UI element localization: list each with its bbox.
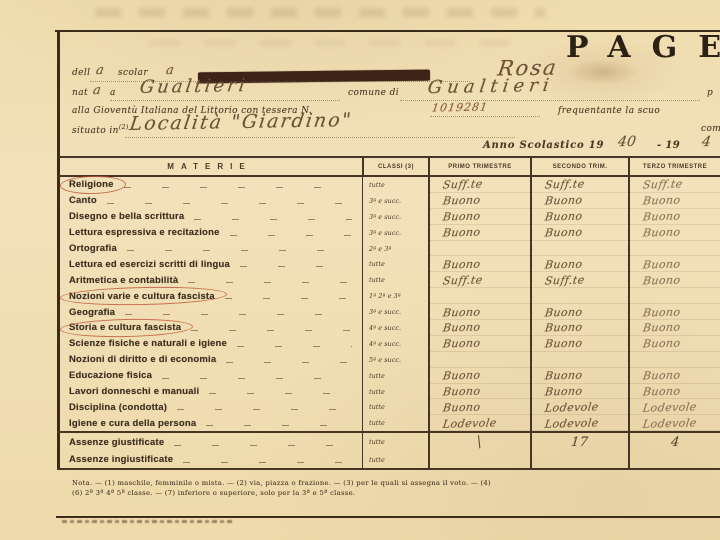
subject-cell: Ortografia <box>57 241 362 257</box>
grade-second-trimester: Buono <box>530 320 628 336</box>
handwritten-grade: Buono <box>544 384 583 398</box>
subject-cell: Educazione fisica <box>57 368 362 384</box>
footnote-line-1: Nota. — (1) maschile, femminile o mista.… <box>72 479 720 487</box>
handwritten-grade: Buono <box>642 369 681 383</box>
dotted-leader <box>191 330 352 331</box>
absence-row: Assenze ingiustificatetutte <box>57 451 720 469</box>
column-header-secondo-trimestre: SECONDO TRIM. <box>530 158 628 175</box>
handwritten-grade: Buono <box>442 321 481 335</box>
grade-third-trimester: Buono <box>628 193 720 209</box>
handwritten-grade: Buono <box>642 321 681 335</box>
handwritten-grade: Buono <box>642 194 681 208</box>
grade-third-trimester: Buono <box>628 225 720 241</box>
ink-bleed-smudge <box>150 40 530 46</box>
ink-bleed-smudge <box>95 8 545 17</box>
handwritten-year-2: 4 <box>701 134 712 150</box>
classes-cell: tutte <box>362 368 428 384</box>
handwritten-grade: Buono <box>442 400 481 414</box>
subject-cell: Nozioni varie e cultura fascista <box>57 288 362 304</box>
subject-label: Lavori donneschi e manuali <box>69 386 199 397</box>
table-row: Lavori donneschi e manualitutteBuonoBuon… <box>57 384 720 400</box>
classes-cell: tutte <box>362 384 428 400</box>
label-nat: nat <box>72 88 88 98</box>
table-header-row: MATERIE CLASSI (3) PRIMO TRIMESTRE SECON… <box>57 156 720 177</box>
page-title: PAGELL <box>566 30 720 68</box>
grade-third-trimester: Buono <box>628 368 720 384</box>
handwritten-grade: Buono <box>544 226 583 240</box>
handwritten-year: 40 <box>617 134 637 150</box>
absences-first-trimester: / <box>428 433 530 451</box>
grade-second-trimester: Lodevole <box>530 399 628 415</box>
absences-second-trimester <box>530 451 628 469</box>
grade-third-trimester: Lodevole <box>628 399 720 415</box>
fill-line <box>125 136 515 138</box>
table-row: Canto3ª e succ.BuonoBuonoBuono <box>57 193 720 209</box>
grades-table: MATERIE CLASSI (3) PRIMO TRIMESTRE SECON… <box>57 156 720 470</box>
handwritten-grade: Buono <box>544 337 583 351</box>
absences-third-trimester <box>628 451 720 469</box>
grade-second-trimester: Buono <box>530 193 628 209</box>
grade-third-trimester: Buono <box>628 272 720 288</box>
handwritten-birthplace: Gualtieri <box>138 75 249 98</box>
grade-second-trimester: Buono <box>530 304 628 320</box>
classes-cell: 1ª 2ª e 3ª <box>362 288 428 304</box>
grade-second-trimester: Suff.te <box>530 272 628 288</box>
fill-line <box>430 115 540 117</box>
table-row: Storia e cultura fascista4ª e succ.Buono… <box>57 320 720 336</box>
handwritten-grade: Suff.te <box>544 273 585 287</box>
handwritten-gender-suffix: a <box>92 83 102 98</box>
handwritten-grade: Buono <box>544 194 583 208</box>
subject-cell: Lavori donneschi e manuali <box>57 384 362 400</box>
subject-label: Disciplina (condotta) <box>69 402 167 413</box>
subject-label: Storia e cultura fascista <box>69 322 181 333</box>
dotted-leader <box>237 346 352 347</box>
handwritten-grade: Buono <box>442 384 481 398</box>
handwritten-gender-suffix: a <box>95 63 105 78</box>
table-row: Igiene e cura della personatutteLodevole… <box>57 415 720 431</box>
classes-cell: tutte <box>362 399 428 415</box>
handwritten-grade: Buono <box>442 210 481 224</box>
handwritten-grade: Lodevole <box>544 400 599 414</box>
dotted-leader <box>188 282 352 283</box>
subject-cell: Disegno e bella scrittura <box>57 209 362 225</box>
dotted-leader <box>124 187 352 188</box>
table-row: Disciplina (condotta)tutteBuonoLodevoleL… <box>57 399 720 415</box>
grade-second-trimester: Lodevole <box>530 415 628 431</box>
grade-third-trimester: Lodevole <box>628 415 720 431</box>
label-a: a <box>110 88 116 98</box>
printer-imprint <box>62 520 234 523</box>
grade-second-trimester: Buono <box>530 336 628 352</box>
handwritten-tessera-number: 1019281 <box>431 101 489 115</box>
handwritten-grade: Buono <box>544 305 583 319</box>
column-header-terzo-trimestre: TERZO TRIMESTRE <box>628 158 720 175</box>
dotted-leader <box>183 462 352 463</box>
grade-first-trimester: Suff.te <box>428 177 530 193</box>
handwritten-grade: Buono <box>642 384 681 398</box>
table-row: ReligionetutteSuff.teSuff.teSuff.te <box>57 177 720 193</box>
subject-label: Religione <box>69 179 114 190</box>
grade-first-trimester: Buono <box>428 304 530 320</box>
handwritten-grade: Suff.te <box>442 273 483 287</box>
handwritten-grade: Buono <box>544 321 583 335</box>
grade-first-trimester: Buono <box>428 256 530 272</box>
subject-label: Ortografia <box>69 243 117 254</box>
dotted-leader <box>226 362 352 363</box>
handwritten-grade: Lodevole <box>642 400 697 414</box>
subject-label: Igiene e cura della persona <box>69 418 196 429</box>
handwritten-grade: Lodevole <box>442 416 497 430</box>
handwritten-school-location: Località "Giardino" <box>128 109 354 135</box>
grade-second-trimester <box>530 352 628 368</box>
classes-cell: tutte <box>362 272 428 288</box>
dotted-leader <box>177 409 352 410</box>
scanned-report-card: PAGELL dell a scolar a Rosa nat a a Gual… <box>0 0 720 540</box>
table-row: Nozioni di diritto e di economia5ª e suc… <box>57 352 720 368</box>
classes-cell: tutte <box>362 451 428 469</box>
subject-label: Educazione fisica <box>69 370 152 381</box>
grade-first-trimester: Suff.te <box>428 272 530 288</box>
subject-cell: Canto <box>57 193 362 209</box>
handwritten-grade: Buono <box>642 257 681 271</box>
handwritten-grade: Buono <box>544 210 583 224</box>
subject-label: Scienze fisiche e naturali e igiene <box>69 338 227 349</box>
dotted-leader <box>240 266 352 267</box>
grade-third-trimester <box>628 241 720 257</box>
dotted-leader <box>125 314 352 315</box>
grade-first-trimester <box>428 241 530 257</box>
handwritten-comune: Gualtieri <box>426 75 555 98</box>
label-situato-in: situato in(2) <box>72 124 129 136</box>
grade-third-trimester: Buono <box>628 384 720 400</box>
subject-cell: Aritmetica e contabilità <box>57 272 362 288</box>
subject-cell: Lettura ed esercizi scritti di lingua <box>57 256 362 272</box>
classes-cell: 3ª e succ. <box>362 225 428 241</box>
classes-cell: 3ª e succ. <box>362 193 428 209</box>
dotted-leader <box>107 203 352 204</box>
dotted-leader <box>230 235 352 236</box>
grade-second-trimester: Buono <box>530 384 628 400</box>
dotted-leader <box>162 378 352 379</box>
classes-cell: 5ª e succ. <box>362 352 428 368</box>
subjects-rows: ReligionetutteSuff.teSuff.teSuff.teCanto… <box>57 177 720 431</box>
handwritten-grade: Buono <box>544 257 583 271</box>
handwritten-grade: Buono <box>642 337 681 351</box>
grade-third-trimester: Suff.te <box>628 177 720 193</box>
dotted-leader <box>194 219 352 220</box>
column-header-primo-trimestre: PRIMO TRIMESTRE <box>428 158 530 175</box>
subject-cell: Lettura espressiva e recitazione <box>57 225 362 241</box>
subject-cell: Igiene e cura della persona <box>57 415 362 431</box>
handwritten-grade: Suff.te <box>544 178 585 192</box>
handwritten-grade: Buono <box>442 226 481 240</box>
table-row: Lettura ed esercizi scritti di linguatut… <box>57 256 720 272</box>
grade-third-trimester <box>628 288 720 304</box>
absence-row: Assenze giustificatetutte/174 <box>57 433 720 451</box>
grade-first-trimester: Lodevole <box>428 415 530 431</box>
dotted-leader <box>209 393 352 394</box>
handwritten-grade: Lodevole <box>642 416 697 430</box>
subject-label: Nozioni di diritto e di economia <box>69 354 216 365</box>
classes-cell: 4ª e succ. <box>362 336 428 352</box>
grade-first-trimester: Buono <box>428 193 530 209</box>
grade-third-trimester <box>628 352 720 368</box>
fill-line <box>110 99 340 101</box>
grade-first-trimester: Buono <box>428 336 530 352</box>
classes-cell: tutte <box>362 433 428 451</box>
handwritten-grade: 4 <box>670 435 680 450</box>
classes-cell: tutte <box>362 177 428 193</box>
footnote-ref: (2) <box>119 124 129 131</box>
table-row: Educazione fisicatutteBuonoBuonoBuono <box>57 368 720 384</box>
footnote-line-2: (6) 2ª 3ª 4ª 5ª classe. — (7) inferiore … <box>72 489 720 497</box>
label-com-cut: com <box>701 124 720 134</box>
absences-second-trimester: 17 <box>530 433 628 451</box>
absences-rows: Assenze giustificatetutte/174Assenze ing… <box>57 431 720 470</box>
table-row: Lettura espressiva e recitazione3ª e suc… <box>57 225 720 241</box>
label-dell: dell <box>72 68 90 78</box>
label-prov-cut: p <box>707 88 713 98</box>
grade-first-trimester: Buono <box>428 320 530 336</box>
grade-second-trimester: Buono <box>530 256 628 272</box>
classes-cell: tutte <box>362 256 428 272</box>
grade-second-trimester: Buono <box>530 209 628 225</box>
subject-cell: Nozioni di diritto e di economia <box>57 352 362 368</box>
grade-third-trimester: Buono <box>628 336 720 352</box>
handwritten-grade: Buono <box>442 194 481 208</box>
dotted-leader <box>206 425 352 426</box>
table-row: Scienze fisiche e naturali e igiene4ª e … <box>57 336 720 352</box>
grade-first-trimester: Buono <box>428 384 530 400</box>
label-frequentante: frequentante la scuo <box>558 106 660 116</box>
table-row: Geografia3ª e succ.BuonoBuonoBuono <box>57 304 720 320</box>
table-row: Disegno e bella scrittura3ª e succ.Buono… <box>57 209 720 225</box>
subject-label: Geografia <box>69 307 115 318</box>
absences-third-trimester: 4 <box>628 433 720 451</box>
grade-third-trimester: Buono <box>628 209 720 225</box>
subject-cell: Assenze ingiustificate <box>57 451 362 469</box>
handwritten-grade: Suff.te <box>642 178 683 192</box>
grade-second-trimester: Buono <box>530 225 628 241</box>
subject-label: Lettura ed esercizi scritti di lingua <box>69 259 230 270</box>
grade-first-trimester <box>428 288 530 304</box>
subject-label: Aritmetica e contabilità <box>69 275 178 286</box>
subject-cell: Assenze giustificate <box>57 433 362 451</box>
dotted-leader <box>225 298 352 299</box>
handwritten-grade: Buono <box>642 273 681 287</box>
grade-first-trimester <box>428 352 530 368</box>
dotted-leader <box>127 250 352 251</box>
classes-cell: 3ª e succ. <box>362 209 428 225</box>
handwritten-grade: Buono <box>642 210 681 224</box>
subject-label: Nozioni varie e cultura fascista <box>69 291 215 302</box>
handwritten-grade: Buono <box>442 337 481 351</box>
handwritten-grade: 17 <box>571 435 590 450</box>
subject-cell: Storia e cultura fascista <box>57 320 362 336</box>
grade-first-trimester: Buono <box>428 368 530 384</box>
grade-third-trimester: Buono <box>628 320 720 336</box>
subject-label: Lettura espressiva e recitazione <box>69 227 220 238</box>
handwritten-grade: Buono <box>642 305 681 319</box>
handwritten-grade: Suff.te <box>442 178 483 192</box>
subject-label: Assenze ingiustificate <box>69 454 173 465</box>
subject-cell: Disciplina (condotta) <box>57 399 362 415</box>
grade-second-trimester <box>530 241 628 257</box>
label-comune-di: comune di <box>348 88 399 98</box>
label-anno-scolastico: Anno Scolastico 19 <box>483 140 604 151</box>
column-header-materie: MATERIE <box>57 158 362 175</box>
subject-label: Canto <box>69 195 97 206</box>
grade-second-trimester: Suff.te <box>530 177 628 193</box>
grade-third-trimester: Buono <box>628 304 720 320</box>
grade-second-trimester <box>530 288 628 304</box>
handwritten-grade: Buono <box>642 226 681 240</box>
handwritten-grade: / <box>473 434 486 450</box>
handwritten-grade: Buono <box>442 257 481 271</box>
column-header-classi: CLASSI (3) <box>362 158 428 175</box>
grade-first-trimester: Buono <box>428 399 530 415</box>
classes-cell: 3ª e succ. <box>362 304 428 320</box>
dotted-leader <box>174 445 352 446</box>
subject-label: Disegno e bella scrittura <box>69 211 184 222</box>
grade-first-trimester: Buono <box>428 209 530 225</box>
handwritten-grade: Buono <box>442 369 481 383</box>
grade-first-trimester: Buono <box>428 225 530 241</box>
subject-cell: Scienze fisiche e naturali e igiene <box>57 336 362 352</box>
table-row: Ortografia2ª e 3ª <box>57 241 720 257</box>
subject-label: Assenze giustificate <box>69 437 164 448</box>
grade-second-trimester: Buono <box>530 368 628 384</box>
subject-cell: Geografia <box>57 304 362 320</box>
bottom-rule <box>56 516 720 518</box>
handwritten-grade: Buono <box>544 369 583 383</box>
handwritten-grade: Lodevole <box>544 416 599 430</box>
classes-cell: 4ª e succ. <box>362 320 428 336</box>
subject-cell: Religione <box>57 177 362 193</box>
label-dash-19: - 19 <box>657 140 680 151</box>
handwritten-grade: Buono <box>442 305 481 319</box>
classes-cell: tutte <box>362 415 428 431</box>
grade-third-trimester: Buono <box>628 256 720 272</box>
table-row: Nozioni varie e cultura fascista1ª 2ª e … <box>57 288 720 304</box>
classes-cell: 2ª e 3ª <box>362 241 428 257</box>
absences-first-trimester <box>428 451 530 469</box>
